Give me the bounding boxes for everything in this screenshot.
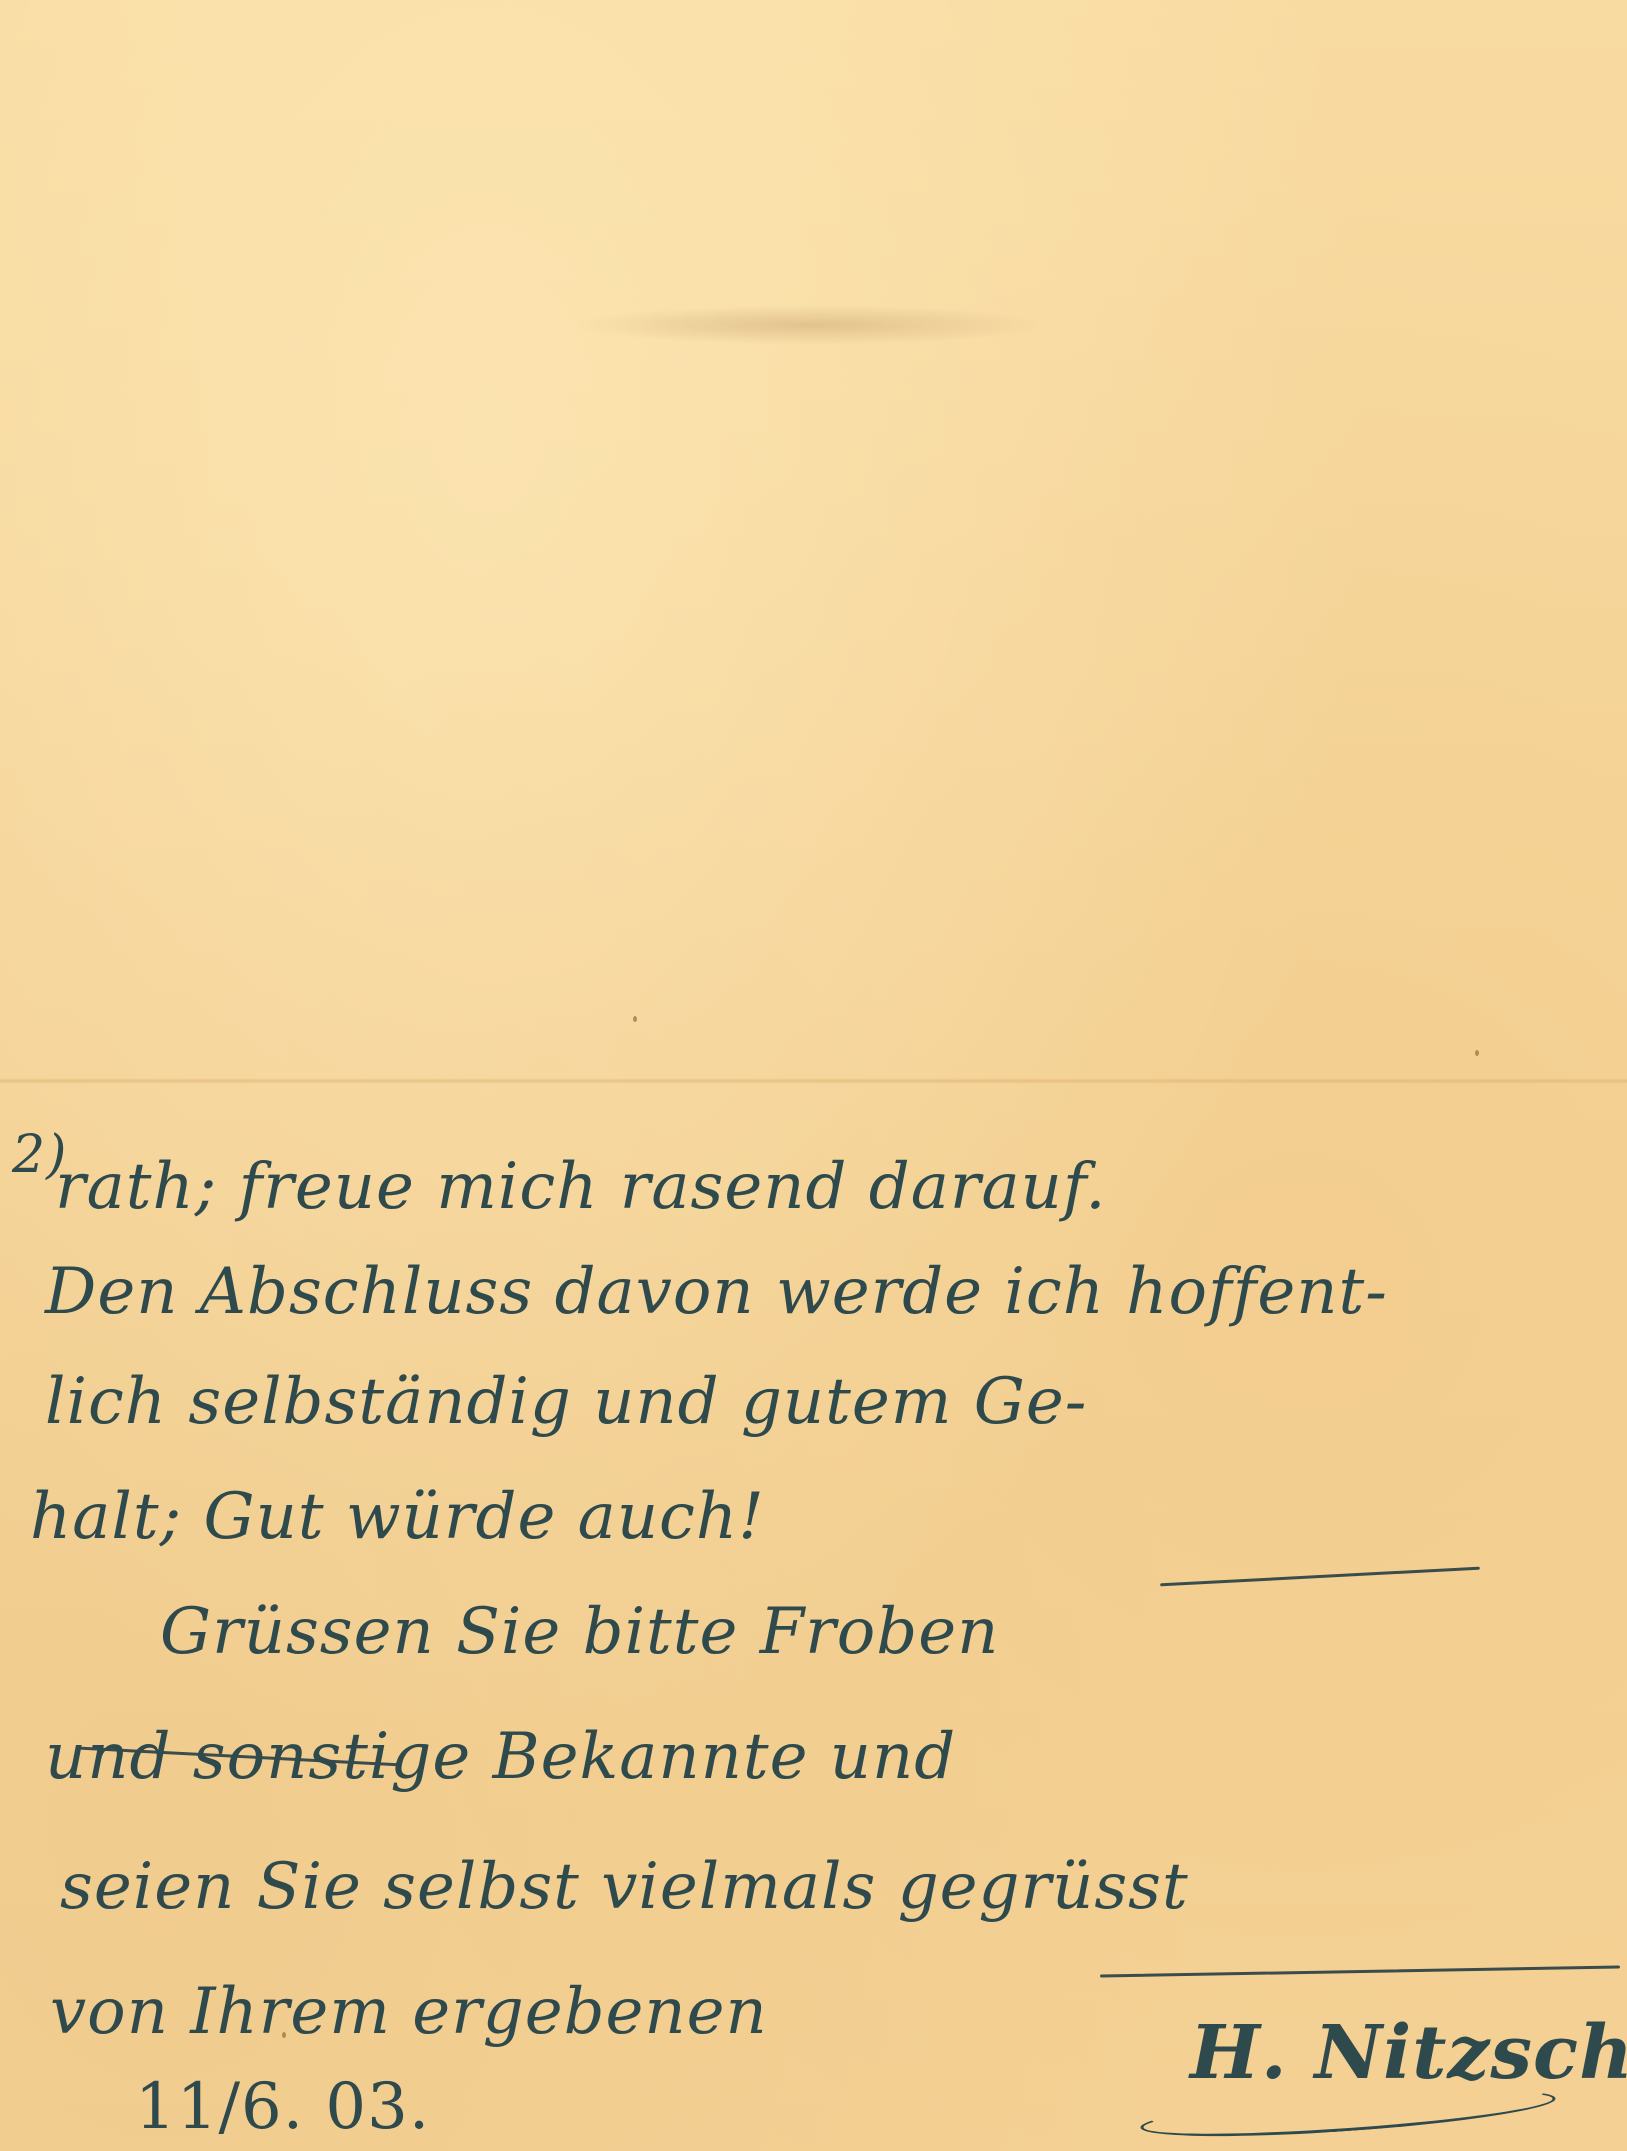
paper-speck <box>1475 1050 1479 1056</box>
paper-speck <box>633 1016 637 1022</box>
letter-line-7: seien Sie selbst vielmals gegrüsst <box>60 1850 1189 1924</box>
underline-stroke <box>1160 1567 1480 1587</box>
fold-line <box>0 1078 1627 1084</box>
letter-date: 11/6. 03. <box>135 2070 430 2144</box>
letter-page: 2) rath; freue mich rasend darauf. Den A… <box>0 0 1627 2151</box>
letter-line-6: und sonstige Bekannte und <box>45 1720 956 1794</box>
underline-stroke <box>1100 1965 1620 1977</box>
signature: H. Nitzsche <box>1190 2010 1627 2096</box>
letter-line-4: halt; Gut würde auch! <box>30 1480 765 1554</box>
letter-line-1: rath; freue mich rasend darauf. <box>55 1150 1107 1224</box>
letter-line-8: von Ihrem ergebenen <box>50 1975 768 2049</box>
paper-stain <box>570 305 1050 345</box>
letter-line-2: Den Abschluss davon werde ich hoffent- <box>45 1255 1388 1329</box>
letter-line-5: Grüssen Sie bitte Froben <box>160 1595 999 1669</box>
letter-line-3: lich selbständig und gutem Ge- <box>45 1365 1087 1439</box>
